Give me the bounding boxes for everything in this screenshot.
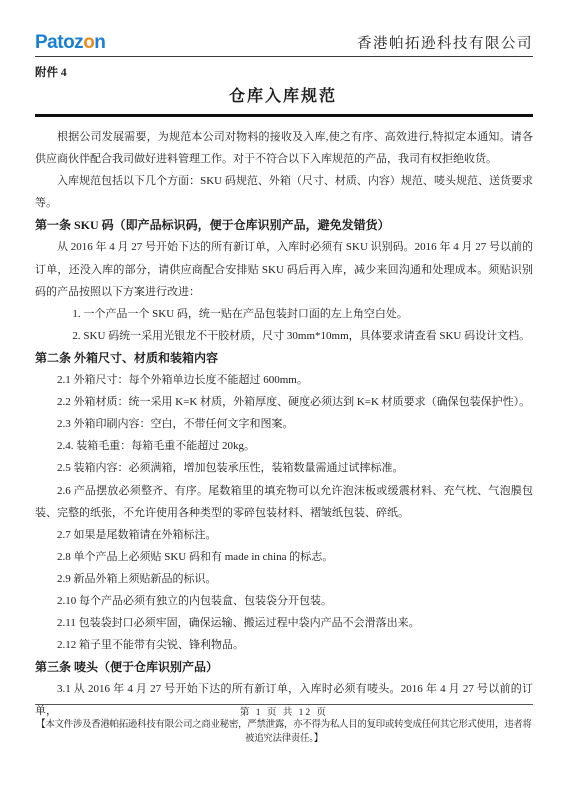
- intro-paragraph-1: 根据公司发展需要，为规范本公司对物料的接收及入库,使之有序、高效进行,特拟定本通…: [35, 126, 533, 170]
- document-title: 仓库入库规范: [0, 83, 566, 106]
- logo-text-accent: o: [83, 32, 94, 53]
- logo-text-tail: n: [94, 32, 105, 53]
- page-number: 第 1 页 共 12 页: [35, 707, 533, 719]
- clause-2-8: 2.8 单个产品上必须贴 SKU 码和有 made in china 的标志。: [35, 546, 533, 568]
- clause-2-9: 2.9 新品外箱上须贴新品的标识。: [35, 568, 533, 590]
- confidentiality-notice: 【本文件涉及香港帕拓逊科技有限公司之商业秘密，严禁泄露，亦不得为私人目的复印或转…: [35, 719, 533, 746]
- document-body: 根据公司发展需要，为规范本公司对物料的接收及入库,使之有序、高效进行,特拟定本通…: [35, 126, 533, 723]
- section-2-heading: 第二条 外箱尺寸、材质和装箱内容: [35, 347, 533, 369]
- clause-2-1: 2.1 外箱尺寸：每个外箱单边长度不能超过 600mm。: [35, 369, 533, 391]
- clause-2-5: 2.5 装箱内容：必须满箱，增加包装承压性，装箱数量需通过试摔标准。: [35, 457, 533, 479]
- document-page: Patozon 香港帕拓逊科技有限公司 附件 4 仓库入库规范 根据公司发展需要…: [0, 0, 566, 800]
- clause-2-3: 2.3 外箱印刷内容：空白，不带任何文字和图案。: [35, 413, 533, 435]
- clause-2-11: 2.11 包装袋封口必须牢固，确保运输、搬运过程中袋内产品不会滑落出来。: [35, 612, 533, 634]
- intro-paragraph-2: 入库规范包括以下几个方面：SKU 码规范、外箱（尺寸、材质、内容）规范、唛头规范…: [35, 170, 533, 214]
- logo-text-primary: Patoz: [35, 32, 83, 53]
- section-1-paragraph: 从 2016 年 4 月 27 号开始下达的所有新订单，入库时必须有 SKU 识…: [35, 236, 533, 302]
- page-header: Patozon 香港帕拓逊科技有限公司: [35, 33, 533, 57]
- section-3-heading: 第三条 唛头（便于仓库识别产品）: [35, 656, 533, 678]
- clause-2-12: 2.12 箱子里不能带有尖锐、锋利物品。: [35, 634, 533, 656]
- clause-2-4: 2.4. 装箱毛重：每箱毛重不能超过 20kg。: [35, 435, 533, 457]
- clause-2-2: 2.2 外箱材质：统一采用 K=K 材质，外箱厚度、硬度必须达到 K=K 材质要…: [35, 391, 533, 413]
- clause-2-10: 2.10 每个产品必须有独立的内包装盒、包装袋分开包装。: [35, 590, 533, 612]
- page-footer: 第 1 页 共 12 页 【本文件涉及香港帕拓逊科技有限公司之商业秘密，严禁泄露…: [35, 704, 533, 746]
- section-1-item-1: 1. 一个产品一个 SKU 码，统一贴在产品包装封口面的左上角空白处。: [35, 303, 533, 325]
- clause-2-6: 2.6 产品摆放必须整齐、有序。尾数箱里的填充物可以允许泡沫板或缓震材料、充气枕…: [35, 480, 533, 524]
- section-1-item-2: 2. SKU 码统一采用光银龙不干胶材质，尺寸 30mm*10mm，具体要求请查…: [35, 325, 533, 347]
- title-divider: [35, 114, 533, 117]
- company-name: 香港帕拓逊科技有限公司: [357, 35, 533, 53]
- attachment-label: 附件 4: [35, 64, 67, 80]
- clause-2-7: 2.7 如果是尾数箱请在外箱标注。: [35, 524, 533, 546]
- patozon-logo: Patozon: [35, 33, 105, 53]
- section-1-heading: 第一条 SKU 码（即产品标识码，便于仓库识别产品，避免发错货）: [35, 214, 533, 236]
